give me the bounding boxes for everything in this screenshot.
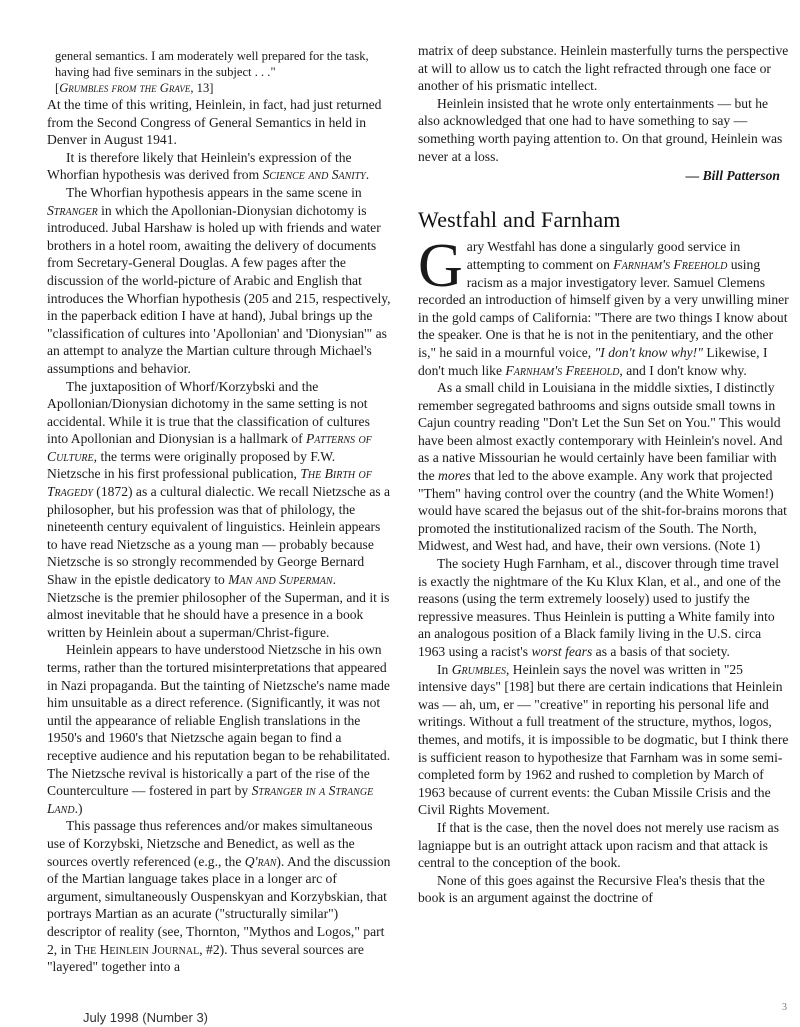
paragraph: The society Hugh Farnham, et al., discov… [418, 555, 790, 661]
author-signature: — Bill Patterson [418, 167, 790, 185]
paragraph: None of this goes against the Recursive … [418, 872, 790, 907]
paragraph: If that is the case, then the novel does… [418, 819, 790, 872]
paragraph: Heinlein insisted that he wrote only ent… [418, 95, 790, 165]
paragraph: It is therefore likely that Heinlein's e… [47, 149, 392, 184]
issue-footer: July 1998 (Number 3) [83, 1010, 208, 1025]
book-title: Grumbles [452, 662, 506, 677]
left-column: general semantics. I am moderately well … [47, 48, 392, 976]
page-number: 3 [782, 1002, 787, 1013]
paragraph: The juxtaposition of Whorf/Korzybski and… [47, 378, 392, 642]
book-title: Q'ran [245, 854, 277, 869]
paragraph: This passage thus references and/or make… [47, 817, 392, 975]
paragraph: Gary Westfahl has done a singularly good… [418, 238, 790, 379]
right-column: matrix of deep substance. Heinlein maste… [418, 42, 790, 907]
book-title: Science and Sanity [263, 167, 366, 182]
drop-cap: G [418, 240, 463, 290]
book-title: Farnham's Freehold [505, 363, 619, 378]
paragraph: In Grumbles, Heinlein says the novel was… [418, 661, 790, 819]
emphasis: mores [438, 468, 471, 483]
citation: [Grumbles from the Grave, 13] [47, 80, 392, 96]
paragraph: matrix of deep substance. Heinlein maste… [418, 42, 790, 95]
emphasis: "I don't know why!" [595, 345, 703, 360]
quotation: general semantics. I am moderately well … [47, 48, 392, 80]
paragraph: The Whorfian hypothesis appears in the s… [47, 184, 392, 378]
paragraph: As a small child in Louisiana in the mid… [418, 379, 790, 555]
section-heading: Westfahl and Farnham [418, 211, 790, 229]
citation-title: Grumbles from the Grave [59, 81, 190, 95]
paragraph: At the time of this writing, Heinlein, i… [47, 96, 392, 149]
journal-title: The Heinlein Journal [75, 942, 200, 957]
emphasis: worst fears [531, 644, 592, 659]
book-title: Farnham's Freehold [613, 257, 727, 272]
book-title: Stranger [47, 203, 98, 218]
paragraph: Heinlein appears to have understood Niet… [47, 641, 392, 817]
book-title: Man and Superman [228, 572, 332, 587]
